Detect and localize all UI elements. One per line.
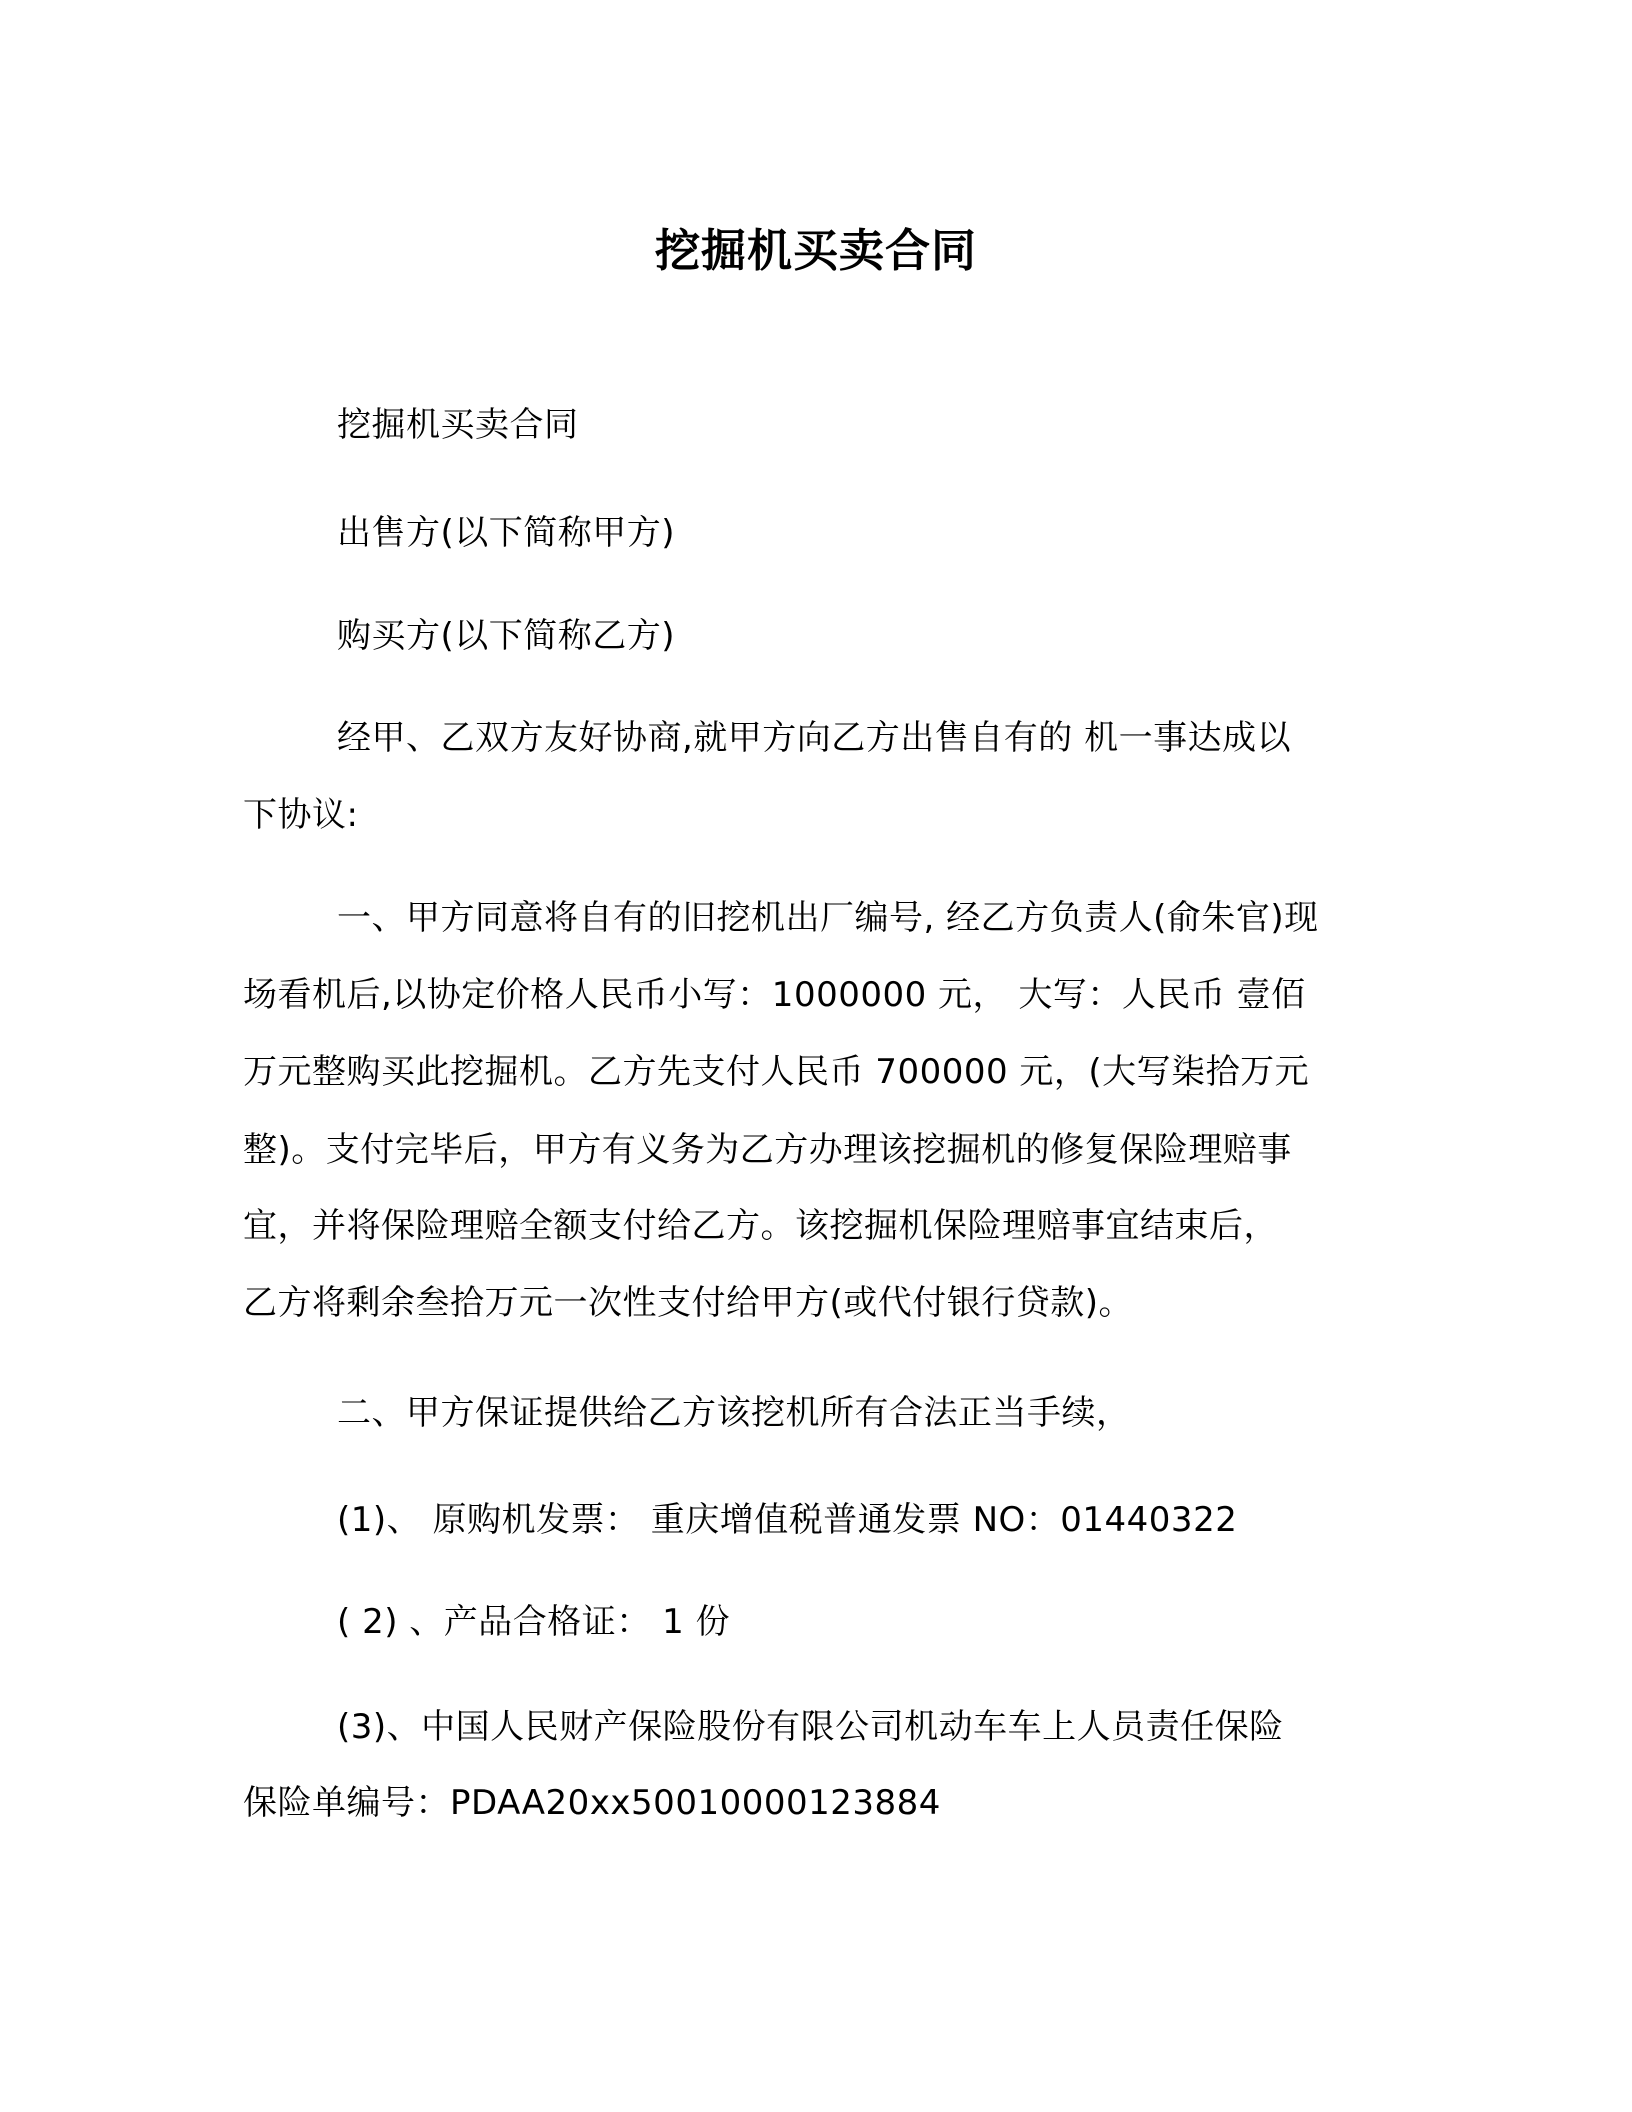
paragraph-line: (3)、中国人民财产保险股份有限公司机动车车上人员责任保险 — [337, 1689, 1284, 1766]
paragraph-line: 整)。支付完毕后，甲方有义务为乙方办理该挖掘机的修复保险理赔事 — [243, 1112, 1292, 1189]
paragraph-line: 万元整购买此挖掘机。乙方先支付人民币 700000 元，(大写柒拾万元 — [243, 1034, 1309, 1111]
paragraph-line: 保险单编号：PDAA20xx50010000123884 — [243, 1765, 941, 1842]
paragraph-line: 一、甲方同意将自有的旧挖机出厂编号, 经乙方负责人(俞朱官)现 — [337, 880, 1319, 957]
paragraph-line: (1)、 原购机发票： 重庆增值税普通发票 NO：01440322 — [337, 1482, 1237, 1559]
document-title: 挖掘机买卖合同 — [0, 221, 1632, 281]
paragraph-line: ( 2) 、产品合格证： 1 份 — [337, 1584, 730, 1661]
paragraph-line: 场看机后,以协定价格人民币小写：1000000 元， 大写：人民币 壹佰 — [243, 957, 1306, 1034]
paragraph-line: 出售方(以下简称甲方) — [337, 495, 675, 572]
document-page: 挖掘机买卖合同 挖掘机买卖合同 出售方(以下简称甲方) 购买方(以下简称乙方) … — [0, 0, 1632, 2112]
paragraph-line: 下协议: — [243, 777, 358, 854]
paragraph-line: 二、甲方保证提供给乙方该挖机所有合法正当手续， — [337, 1375, 1131, 1452]
paragraph-line: 乙方将剩余叁拾万元一次性支付给甲方(或代付银行贷款)。 — [243, 1265, 1133, 1342]
paragraph-line: 挖掘机买卖合同 — [337, 387, 579, 464]
paragraph-line: 宜，并将保险理赔全额支付给乙方。该挖掘机保险理赔事宜结束后， — [243, 1188, 1278, 1265]
paragraph-line: 经甲、乙双方友好协商,就甲方向乙方出售自有的 机一事达成以 — [337, 700, 1291, 777]
paragraph-line: 购买方(以下简称乙方) — [337, 598, 675, 675]
